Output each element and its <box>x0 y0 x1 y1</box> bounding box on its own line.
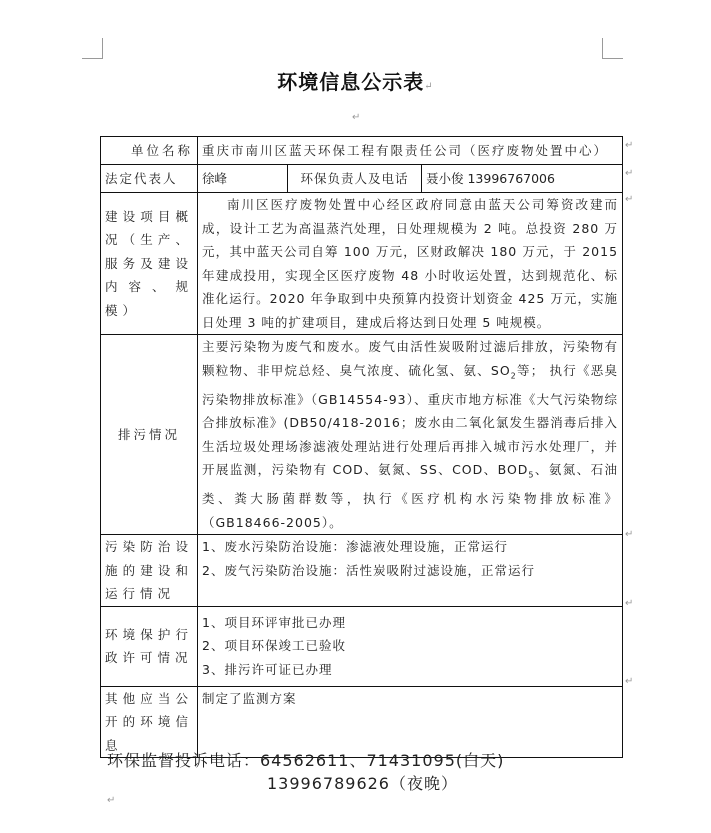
emissions-text-part: 等； 执行《恶臭污染物排放标准》（GB14554-93）、重庆市地方标准《大气污… <box>202 363 618 478</box>
row-end-mark-icon: ↵ <box>625 529 633 540</box>
table-row-facilities: 污染防治设施的建设和运行情况 1、废水污染防治设施：渗滤液处理设施，正常运行 2… <box>101 535 623 607</box>
title-text: 环境信息公示表 <box>277 70 424 94</box>
permit-item: 3、排污许可证已办理 <box>202 658 618 682</box>
row-end-mark-icon: ↵ <box>625 168 633 179</box>
env-contact-label: 环保负责人及电话 <box>288 165 422 193</box>
facility-item: 1、废水污染防治设施：渗滤液处理设施，正常运行 <box>202 535 618 559</box>
other-info-label: 其他应当公开的环境信息 <box>101 686 198 758</box>
table-row-emissions: 排污情况 主要污染物为废气和废水。废气由活性炭吸附过滤后排放，污染物有颗粒物、非… <box>101 335 623 535</box>
row-end-mark-icon: ↵ <box>625 598 633 609</box>
legal-rep-label: 法定代表人 <box>101 165 198 193</box>
unit-name-value: 重庆市南川区蓝天环保工程有限责任公司（医疗废物处置中心） <box>198 137 623 165</box>
project-overview-label: 建设项目概况（生产、服务及建设内容、规模） <box>101 193 198 335</box>
table-row-permits: 环境保护行政许可情况 1、项目环评审批已办理 2、项目环保竣工已验收 3、排污许… <box>101 606 623 686</box>
permit-item-text: 1、项目环评审批已办理 <box>202 615 346 630</box>
complaint-phone-day: 环保监督投诉电话：64562611、71431095(白天) <box>107 748 504 771</box>
document-title: 环境信息公示表↵ <box>0 66 711 95</box>
emissions-label: 排污情况 <box>101 335 198 535</box>
complaint-phone-night: 13996789626（夜晚） <box>267 771 458 794</box>
row-end-mark-icon: ↵ <box>625 194 633 205</box>
permit-item: 2、项目环保竣工已验收 <box>202 634 618 658</box>
row-end-mark-icon: ↵ <box>625 676 633 687</box>
paragraph-mark-icon: ↵ <box>352 112 360 123</box>
permits-list: 1、项目环评审批已办理 2、项目环保竣工已验收 3、排污许可证已办理 <box>198 606 623 686</box>
unit-name-label: 单位名称 <box>101 137 198 165</box>
row-end-mark-icon: ↵ <box>625 140 633 151</box>
environment-info-table: 单位名称 重庆市南川区蓝天环保工程有限责任公司（医疗废物处置中心） 法定代表人 … <box>100 136 623 758</box>
permit-item: 1、项目环评审批已办理 <box>202 611 618 635</box>
page-corner-mark-top-right <box>602 38 623 59</box>
env-contact-value: 聂小俊 13996767006 <box>422 165 623 193</box>
page-corner-mark-top-left <box>82 38 103 59</box>
paragraph-mark-icon: ↵ <box>107 795 115 806</box>
facilities-label: 污染防治设施的建设和运行情况 <box>101 535 198 607</box>
permits-label: 环境保护行政许可情况 <box>101 606 198 686</box>
facility-item: 2、废气污染防治设施：活性炭吸附过滤设施，正常运行 <box>202 559 618 583</box>
other-info-value: 制定了监测方案 <box>198 686 623 758</box>
table-row-project-overview: 建设项目概况（生产、服务及建设内容、规模） 南川区医疗废物处置中心经区政府同意由… <box>101 193 623 335</box>
emissions-text: 主要污染物为废气和废水。废气由活性炭吸附过滤后排放，污染物有颗粒物、非甲烷总烃、… <box>198 335 623 535</box>
table-row-legal-rep: 法定代表人 徐峰 环保负责人及电话 聂小俊 13996767006 <box>101 165 623 193</box>
table-row-other: 其他应当公开的环境信息 制定了监测方案 <box>101 686 623 758</box>
facilities-list: 1、废水污染防治设施：渗滤液处理设施，正常运行 2、废气污染防治设施：活性炭吸附… <box>198 535 623 607</box>
project-overview-text: 南川区医疗废物处置中心经区政府同意由蓝天公司筹资改建而成，设计工艺为高温蒸汽处理… <box>198 193 623 335</box>
legal-rep-value: 徐峰 <box>198 165 288 193</box>
table-row-unit-name: 单位名称 重庆市南川区蓝天环保工程有限责任公司（医疗废物处置中心） <box>101 137 623 165</box>
paragraph-mark-icon: ↵ <box>424 81 433 92</box>
